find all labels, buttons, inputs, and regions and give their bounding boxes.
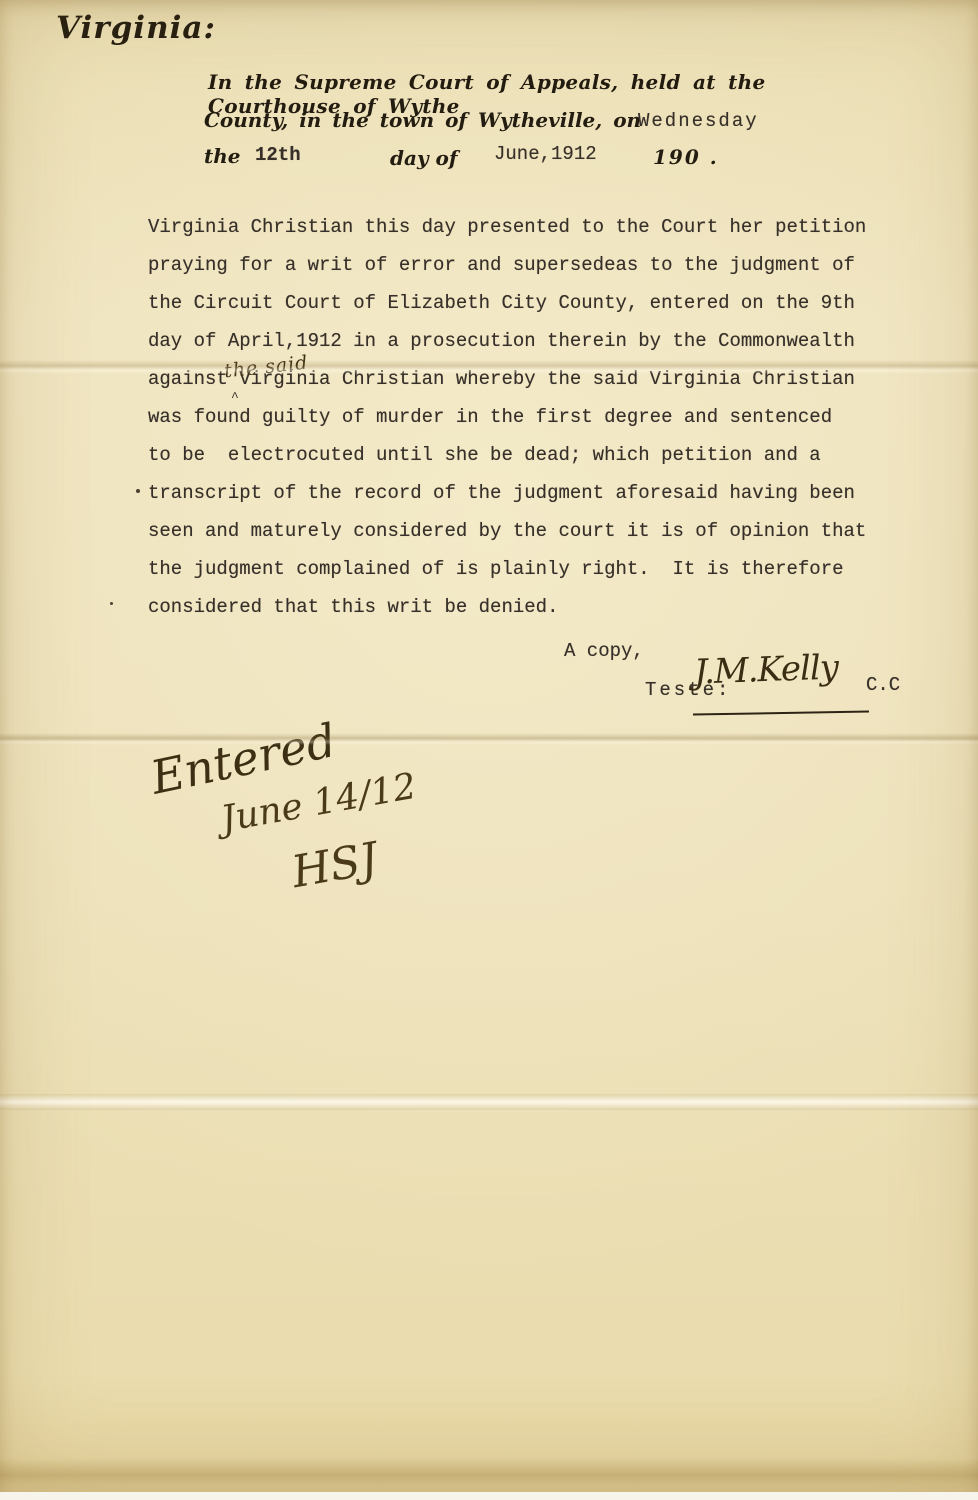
paper-fold-crease: [0, 733, 978, 745]
a-copy-line: A copy,: [564, 640, 644, 662]
paper-fold-crease: [0, 1094, 978, 1110]
body-line: the judgment complained of is plainly ri…: [148, 550, 893, 588]
body-line: praying for a writ of error and supersed…: [148, 246, 893, 284]
paper-bottom-edge: [0, 1458, 978, 1492]
typed-weekday: Wednesday: [638, 110, 759, 132]
form-word-the: the: [204, 144, 241, 168]
body-line: was found guilty of murder in the first …: [148, 398, 893, 436]
ink-speck: [110, 602, 113, 605]
body-line: transcript of the record of the judgment…: [148, 474, 893, 512]
clerk-title-suffix: C.C: [866, 674, 900, 696]
form-words-day-of: day of: [390, 146, 457, 170]
typed-month-year: June,1912: [494, 143, 597, 165]
typed-day-number: 12th: [255, 144, 301, 166]
clerk-signature: J.M.Kelly: [693, 647, 838, 692]
court-header-line2: County, in the town of Wytheville, on: [204, 108, 641, 132]
state-caption: Virginia:: [56, 10, 216, 46]
petition-body: Virginia Christian this day presented to…: [148, 208, 893, 626]
document-page: Virginia: In the Supreme Court of Appeal…: [0, 0, 978, 1492]
signature-underline: [693, 710, 869, 715]
entered-initials: HSJ: [288, 833, 382, 898]
form-year-blank: 190 .: [653, 145, 719, 169]
insertion-caret-mark: ^: [231, 390, 239, 405]
scan-background-strip: [0, 1492, 978, 1500]
body-line: seen and maturely considered by the cour…: [148, 512, 893, 550]
body-line: day of April,1912 in a prosecution there…: [148, 322, 893, 360]
body-line: considered that this writ be denied.: [148, 588, 893, 626]
body-line: Virginia Christian this day presented to…: [148, 208, 893, 246]
body-line: to be electrocuted until she be dead; wh…: [148, 436, 893, 474]
ink-speck: [136, 489, 140, 493]
body-line: the Circuit Court of Elizabeth City Coun…: [148, 284, 893, 322]
